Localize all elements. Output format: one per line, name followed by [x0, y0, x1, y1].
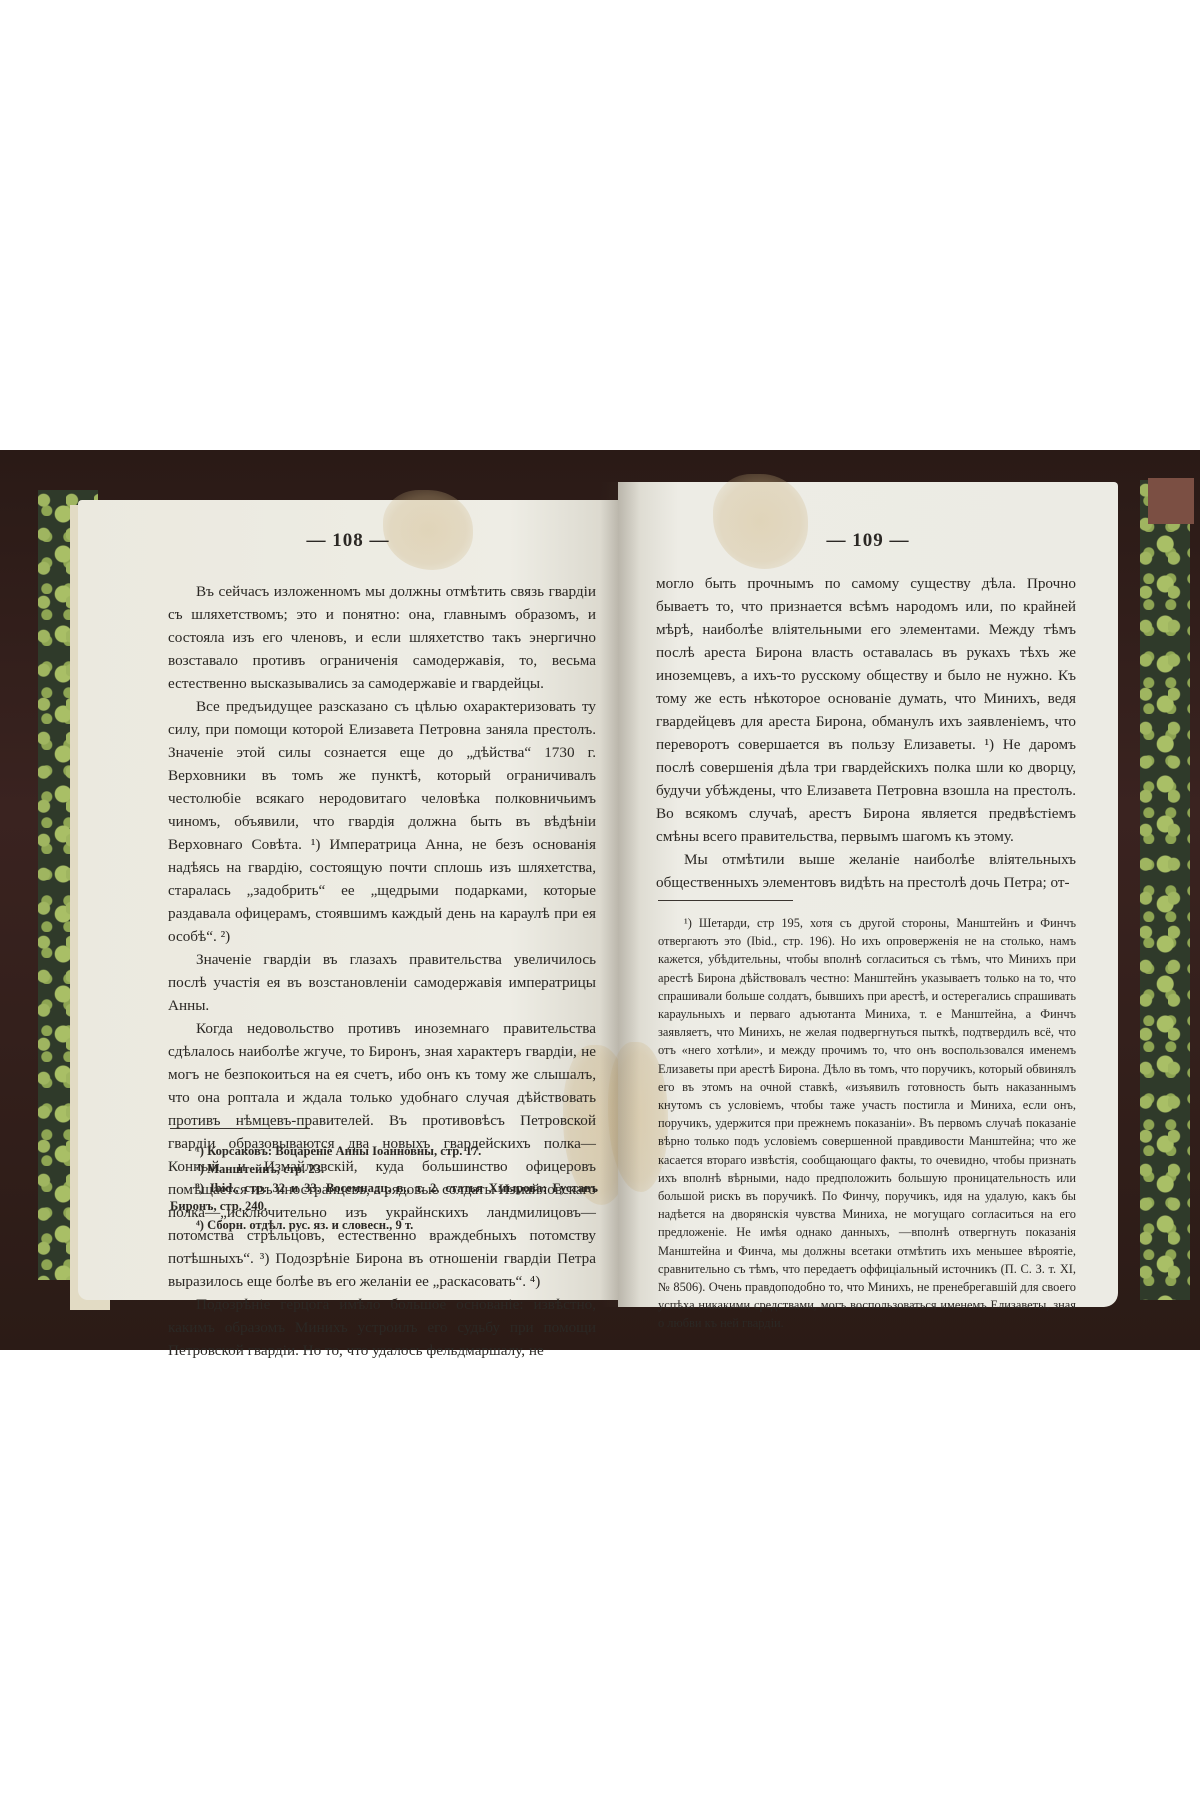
- paragraph: Въ сейчасъ изложенномъ мы должны отмѣтит…: [168, 580, 596, 695]
- footnote: ¹) Корсаковъ: Воцареніе Анны Іоанновны, …: [170, 1142, 598, 1160]
- left-page: — 108 — Въ сейчасъ изложенномъ мы должны…: [78, 500, 618, 1300]
- footnote: ²) Манштейнъ, стр. 23.: [170, 1160, 598, 1178]
- water-stain: [713, 474, 808, 569]
- footnote-divider: [658, 900, 793, 901]
- page-number: — 109 —: [618, 530, 1118, 552]
- paragraph: Подозрѣніе герцога имѣло большое основан…: [168, 1293, 596, 1362]
- footnote-divider: [170, 1128, 310, 1129]
- right-footnotes: ¹) Шетарди, стр 195, хотя съ другой стор…: [658, 914, 1076, 1333]
- right-page: — 109 — могло быть прочнымъ по самому су…: [618, 482, 1118, 1307]
- leather-corner: [1148, 478, 1194, 524]
- left-page-body: Въ сейчасъ изложенномъ мы должны отмѣтит…: [168, 580, 596, 1362]
- right-page-body: могло быть прочнымъ по самому существу д…: [656, 572, 1076, 894]
- book-gutter: [600, 482, 640, 1307]
- footnote: ⁴) Сборн. отдѣл. рус. яз. и словесн., 9 …: [170, 1216, 598, 1234]
- paragraph: Все предъидущее разсказано съ цѣлью охар…: [168, 695, 596, 948]
- paragraph: Значеніе гвардіи въ глазахъ правительств…: [168, 948, 596, 1017]
- footnote: ¹) Шетарди, стр 195, хотя съ другой стор…: [658, 914, 1076, 1333]
- left-footnotes: ¹) Корсаковъ: Воцареніе Анны Іоанновны, …: [170, 1142, 598, 1234]
- paragraph: Мы отмѣтили выше желаніе наиболѣе вліяте…: [656, 848, 1076, 894]
- page-number: — 108 —: [78, 530, 618, 552]
- paragraph: могло быть прочнымъ по самому существу д…: [656, 572, 1076, 848]
- footnote: ³) Ibid., стр. 32 и 33. Восемнадц. в., т…: [170, 1179, 598, 1216]
- marbled-cover-right: [1140, 480, 1190, 1300]
